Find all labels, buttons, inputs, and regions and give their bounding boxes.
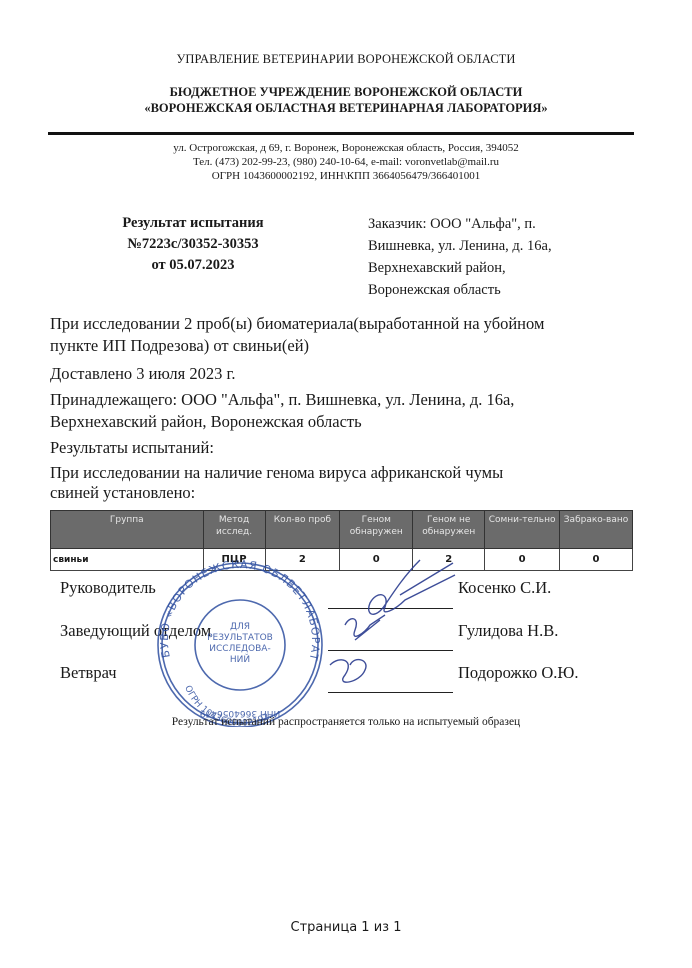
handwritten-signatures-icon — [325, 555, 465, 705]
registration-line: ОГРН 1043600002192, ИНН\КПП 3664056479/3… — [0, 169, 692, 183]
customer-block: Заказчик: ООО "Альфа", п. Вишневка, ул. … — [368, 213, 668, 301]
column-header-doubtful: Сомни-тельно — [485, 511, 560, 549]
table-header-row: Группа Метод исслед. Кол-во проб Геном о… — [51, 511, 633, 549]
contacts-line: Тел. (473) 202-99-23, (980) 240-10-64, e… — [0, 155, 692, 169]
study-line: пункте ИП Подрезова) от свиньи(ей) — [50, 335, 660, 357]
institution-line-2: «ВОРОНЕЖСКАЯ ОБЛАСТНАЯ ВЕТЕРИНАРНАЯ ЛАБО… — [0, 100, 692, 116]
signature-name-head: Косенко С.И. — [458, 578, 551, 598]
cell-doubtful: 0 — [485, 549, 560, 571]
disclaimer-note: Результат испытаний распространяется тол… — [0, 716, 692, 728]
customer-line: Воронежская область — [368, 279, 668, 301]
svg-text:ДЛЯ: ДЛЯ — [230, 622, 250, 632]
customer-line: Верхнехавский район, — [368, 257, 668, 279]
result-number: №7223с/30352-30353 — [78, 234, 308, 255]
address-line: ул. Острогожская, д 69, г. Воронеж, Воро… — [0, 141, 692, 155]
customer-line: Заказчик: ООО "Альфа", п. — [368, 213, 668, 235]
column-header-group: Группа — [51, 511, 204, 549]
signature-role-vet: Ветврач — [60, 663, 117, 683]
institution-name: БЮДЖЕТНОЕ УЧРЕЖДЕНИЕ ВОРОНЕЖСКОЙ ОБЛАСТИ… — [0, 84, 692, 116]
column-header-not-detected: Геном не обнаружен — [413, 511, 485, 549]
signature-name-vet: Подорожко О.Ю. — [458, 663, 579, 683]
results-label: Результаты испытаний: — [50, 437, 660, 459]
official-stamp-icon: БУВО «ВОРОНЕЖСКАЯ ОБЛВЕТЛАБОРАТОРИЯ» ОГР… — [140, 557, 340, 727]
column-header-method: Метод исслед. — [203, 511, 265, 549]
finding-line: свиней установлено: — [50, 483, 660, 503]
institution-contacts: ул. Острогожская, д 69, г. Воронеж, Воро… — [0, 141, 692, 183]
svg-text:РЕЗУЛЬТАТОВ: РЕЗУЛЬТАТОВ — [207, 633, 273, 643]
ministry-title: УПРАВЛЕНИЕ ВЕТЕРИНАРИИ ВОРОНЕЖСКОЙ ОБЛАС… — [0, 52, 692, 67]
header-divider — [48, 132, 634, 135]
owner-line: Верхнехавский район, Воронежская область — [50, 411, 660, 433]
signature-name-department: Гулидова Н.В. — [458, 621, 558, 641]
study-description: При исследовании 2 проб(ы) биоматериала(… — [50, 313, 660, 357]
column-header-rejected: Забрако-вано — [560, 511, 633, 549]
cell-rejected: 0 — [560, 549, 633, 571]
column-header-count: Кол-во проб — [265, 511, 340, 549]
result-title-label: Результат испытания — [78, 213, 308, 234]
page-number: Страница 1 из 1 — [0, 920, 692, 935]
finding-line: При исследовании на наличие генома вирус… — [50, 463, 660, 483]
owner-line: Принадлежащего: ООО "Альфа", п. Вишневка… — [50, 389, 660, 411]
institution-line-1: БЮДЖЕТНОЕ УЧРЕЖДЕНИЕ ВОРОНЕЖСКОЙ ОБЛАСТИ — [0, 84, 692, 100]
svg-text:НИЙ: НИЙ — [230, 653, 250, 665]
owner-info: Принадлежащего: ООО "Альфа", п. Вишневка… — [50, 389, 660, 433]
result-date: от 05.07.2023 — [78, 255, 308, 276]
customer-line: Вишневка, ул. Ленина, д. 16а, — [368, 235, 668, 257]
svg-text:ИССЛЕДОВА-: ИССЛЕДОВА- — [209, 644, 270, 654]
study-line: При исследовании 2 проб(ы) биоматериала(… — [50, 313, 660, 335]
delivered-date: Доставлено 3 июля 2023 г. — [50, 363, 660, 385]
column-header-detected: Геном обнаружен — [340, 511, 413, 549]
result-title: Результат испытания №7223с/30352-30353 о… — [78, 213, 308, 276]
finding-statement: При исследовании на наличие генома вирус… — [50, 463, 660, 503]
